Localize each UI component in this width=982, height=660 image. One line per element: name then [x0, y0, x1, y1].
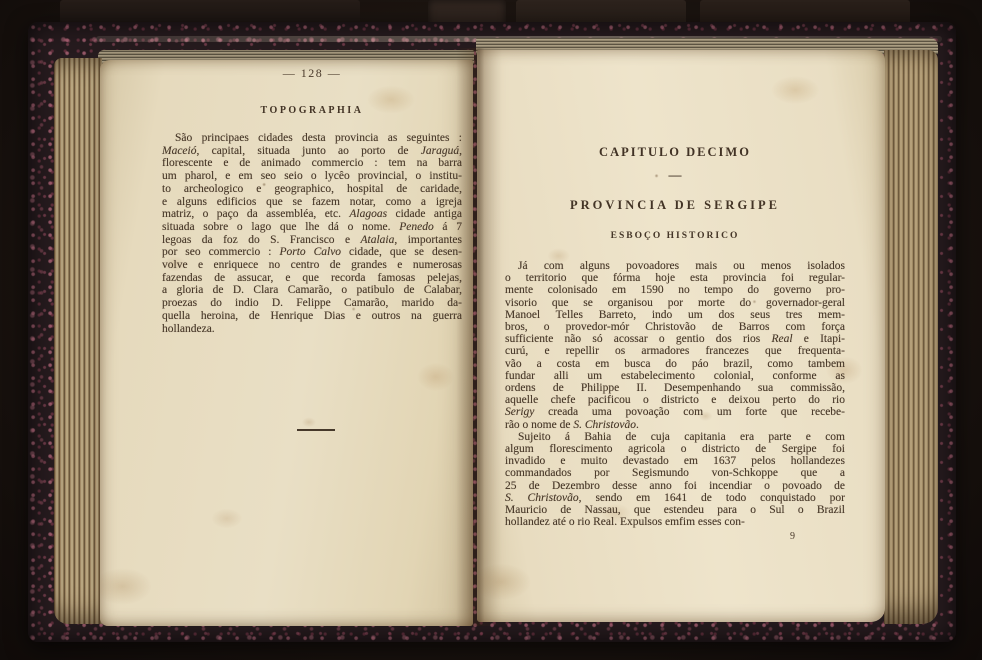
left-page: — 128 — TOPOGRAPHIA São principaes cidad… — [100, 60, 473, 626]
text-line: curú, e repellir os armadores francezes … — [505, 345, 845, 357]
text-line: Serigy creada uma povoação com um forte … — [505, 406, 845, 418]
section-subtitle: ESBOÇO HISTORICO — [505, 231, 845, 241]
paragraph: Já com alguns povoadores mais ou menos i… — [505, 260, 845, 431]
text-line: S. Christovão, sendo em 1641 de todo con… — [505, 492, 845, 504]
text-line: situada sobre o lago que lhe dá o nome. … — [162, 221, 462, 234]
text-line: 25 de Dezembro desse anno foi incendiar … — [505, 480, 845, 492]
photo-background: — 128 — TOPOGRAPHIA São principaes cidad… — [0, 0, 982, 660]
section-divider-rule — [297, 429, 335, 431]
text-line: rão o nome de S. Christovão. — [505, 419, 845, 431]
chapter-heading: CAPITULO DECIMO — [505, 145, 845, 160]
text-line: mente colonisado em 1590 no tempo do gov… — [505, 284, 845, 296]
right-page-body: Já com alguns povoadores mais ou menos i… — [505, 260, 845, 528]
text-line: fundar alli um estabelecimento colonial,… — [505, 370, 845, 382]
text-line: commandados por Segismundo von-Schkoppe … — [505, 467, 845, 479]
text-line: hollandeza. — [162, 323, 462, 336]
text-line: Mauricio de Nassau, que estendeu para o … — [505, 504, 845, 516]
paragraph: São principaes cidades desta provincia a… — [162, 132, 462, 335]
text-line: aquelle chefe pacificou o districto e de… — [505, 394, 845, 406]
text-line: ordens de Philippe II. Desempenhando sua… — [505, 382, 845, 394]
text-line: a gloria de D. Clara Camarão, o patibulo… — [162, 284, 462, 297]
text-line: bros, o provedor-mór Christovão de Barro… — [505, 321, 845, 333]
right-page: CAPITULO DECIMO — PROVINCIA DE SERGIPE E… — [477, 50, 885, 622]
text-line: por seo commercio : Porto Calvo cidade, … — [162, 246, 462, 259]
text-line: vão a costa em busca do páo brazil, como… — [505, 358, 845, 370]
text-line: um pharol, e em seo seio o lycêo provinc… — [162, 170, 462, 183]
text-line: matriz, o paço da assembléa, etc. Alagoa… — [162, 208, 462, 221]
text-line: Manoel Telles Barreto, indo um dos seus … — [505, 309, 845, 321]
text-line: o territorio que fórma hoje esta provinc… — [505, 272, 845, 284]
text-line: visorio que se organisou por morte do go… — [505, 297, 845, 309]
text-line: algum florescimento agricola o districto… — [505, 443, 845, 455]
signature-mark: 9 — [505, 531, 845, 542]
left-page-body: São principaes cidades desta provincia a… — [162, 132, 462, 335]
chapter-divider: — — [505, 167, 845, 183]
text-line: proezas do indio D. Felippe Camarão, mar… — [162, 297, 462, 310]
page-number: — 128 — — [162, 66, 462, 81]
text-line: e alguns edificios que se fazem notar, c… — [162, 196, 462, 209]
text-line: legoas da foz do S. Francisco e Atalaia,… — [162, 234, 462, 247]
text-line: invadido e muito devastado em 1637 pelos… — [505, 455, 845, 467]
section-heading: TOPOGRAPHIA — [162, 105, 462, 116]
text-line: volve e enriquece no centro de grandes e… — [162, 259, 462, 272]
paragraph: Sujeito á Bahia de cuja capitania era pa… — [505, 431, 845, 529]
text-line: Maceió, capital, situada junto ao porto … — [162, 145, 462, 158]
text-line: quella heroina, de Henrique Dias e outro… — [162, 310, 462, 323]
text-line: Já com alguns povoadores mais ou menos i… — [505, 260, 845, 272]
text-line: sufficiente não só acossar o gentio dos … — [505, 333, 845, 345]
text-line: florescente e de animado commercio : tem… — [162, 157, 462, 170]
province-title: PROVINCIA DE SERGIPE — [505, 198, 845, 213]
text-line: Sujeito á Bahia de cuja capitania era pa… — [505, 431, 845, 443]
text-line: fazendas de assucar, e que recorda famos… — [162, 272, 462, 285]
text-line: hollandez até o rio Real. Expulsos emfim… — [505, 516, 845, 528]
page-edges-fore-left — [54, 58, 102, 624]
text-line: São principaes cidades desta provincia a… — [162, 132, 462, 145]
text-line: to archeologico e geographico, hospital … — [162, 183, 462, 196]
page-edges-fore-right — [884, 50, 938, 624]
